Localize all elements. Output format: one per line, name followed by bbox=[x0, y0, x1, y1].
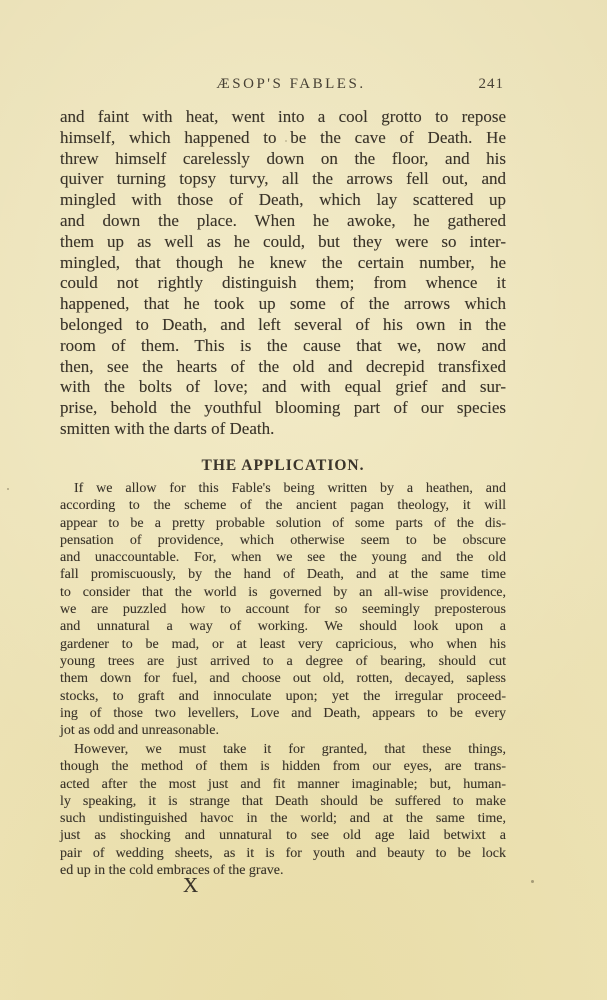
signature-mark: X bbox=[183, 873, 198, 898]
book-page-scan: ÆSOP'S FABLES. 241 and faint with heat, … bbox=[0, 0, 607, 1000]
text-line: However, we must take it for granted, th… bbox=[60, 741, 506, 758]
text-line: appear to be a pretty probable solution … bbox=[60, 515, 506, 532]
running-header: ÆSOP'S FABLES. 241 bbox=[60, 76, 506, 98]
text-line: and faint with heat, went into a cool gr… bbox=[60, 107, 506, 128]
text-line: prise, behold the youthful blooming part… bbox=[60, 398, 506, 419]
text-line: quiver turning topsy turvy, all the arro… bbox=[60, 169, 506, 190]
application-paragraph-1: If we allow for this Fable's being writt… bbox=[60, 480, 506, 739]
text-line: according to the scheme of the ancient p… bbox=[60, 497, 506, 514]
paper-speck bbox=[531, 880, 534, 883]
text-line: gardener to be mad, or at least very cap… bbox=[60, 636, 506, 653]
text-line: and down the place. When he awoke, he ga… bbox=[60, 211, 506, 232]
text-line: himself, which happened to be the cave o… bbox=[60, 128, 506, 149]
text-line: young trees are just arrived to a degree… bbox=[60, 653, 506, 670]
text-line: room of them. This is the cause that we,… bbox=[60, 336, 506, 357]
text-line: and unaccountable. For, when we see the … bbox=[60, 549, 506, 566]
text-line: we are puzzled how to account for so see… bbox=[60, 601, 506, 618]
text-line: them down for fuel, and choose out old, … bbox=[60, 670, 506, 687]
application-heading: THE APPLICATION. bbox=[60, 457, 506, 475]
text-line: pensation of providence, which otherwise… bbox=[60, 532, 506, 549]
paper-speck bbox=[7, 488, 9, 490]
text-line: ing of those two levellers, Love and Dea… bbox=[60, 705, 506, 722]
running-header-title: ÆSOP'S FABLES. bbox=[216, 76, 365, 93]
text-line: them up as well as he could, but they we… bbox=[60, 232, 506, 253]
text-line: If we allow for this Fable's being writt… bbox=[60, 480, 506, 497]
story-paragraph: and faint with heat, went into a cool gr… bbox=[60, 107, 506, 440]
text-line: fall promiscuously, by the hand of Death… bbox=[60, 566, 506, 583]
text-line: then, see the hearts of the old and decr… bbox=[60, 357, 506, 378]
application-paragraph-2: However, we must take it for granted, th… bbox=[60, 741, 506, 879]
text-line: though the method of them is hidden from… bbox=[60, 758, 506, 775]
text-line: could not rightly distinguish them; from… bbox=[60, 273, 506, 294]
text-line: to consider that the world is governed b… bbox=[60, 584, 506, 601]
paper-speck bbox=[285, 140, 287, 142]
text-line: happened, that he took up some of the ar… bbox=[60, 294, 506, 315]
text-line: belonged to Death, and left several of h… bbox=[60, 315, 506, 336]
text-line: stocks, to graft and innoculate upon; ye… bbox=[60, 688, 506, 705]
text-line: acted after the most just and fit manner… bbox=[60, 776, 506, 793]
text-line: and unnatural a way of working. We shoul… bbox=[60, 618, 506, 635]
text-line: ly speaking, it is strange that Death sh… bbox=[60, 793, 506, 810]
text-line: just as shocking and unnatural to see ol… bbox=[60, 827, 506, 844]
text-line: such undistinguished havoc in the world;… bbox=[60, 810, 506, 827]
text-line: smitten with the darts of Death. bbox=[60, 419, 506, 440]
text-line: with the bolts of love; and with equal g… bbox=[60, 377, 506, 398]
text-line: mingled, that though he knew the certain… bbox=[60, 253, 506, 274]
text-line: pair of wedding sheets, as it is for you… bbox=[60, 845, 506, 862]
text-line: mingled with those of Death, which lay s… bbox=[60, 190, 506, 211]
text-line: jot as odd and unreasonable. bbox=[60, 722, 506, 739]
text-line: threw himself carelessly down on the flo… bbox=[60, 149, 506, 170]
text-line: ed up in the cold embraces of the grave. bbox=[60, 862, 506, 879]
page-number: 241 bbox=[479, 76, 505, 93]
